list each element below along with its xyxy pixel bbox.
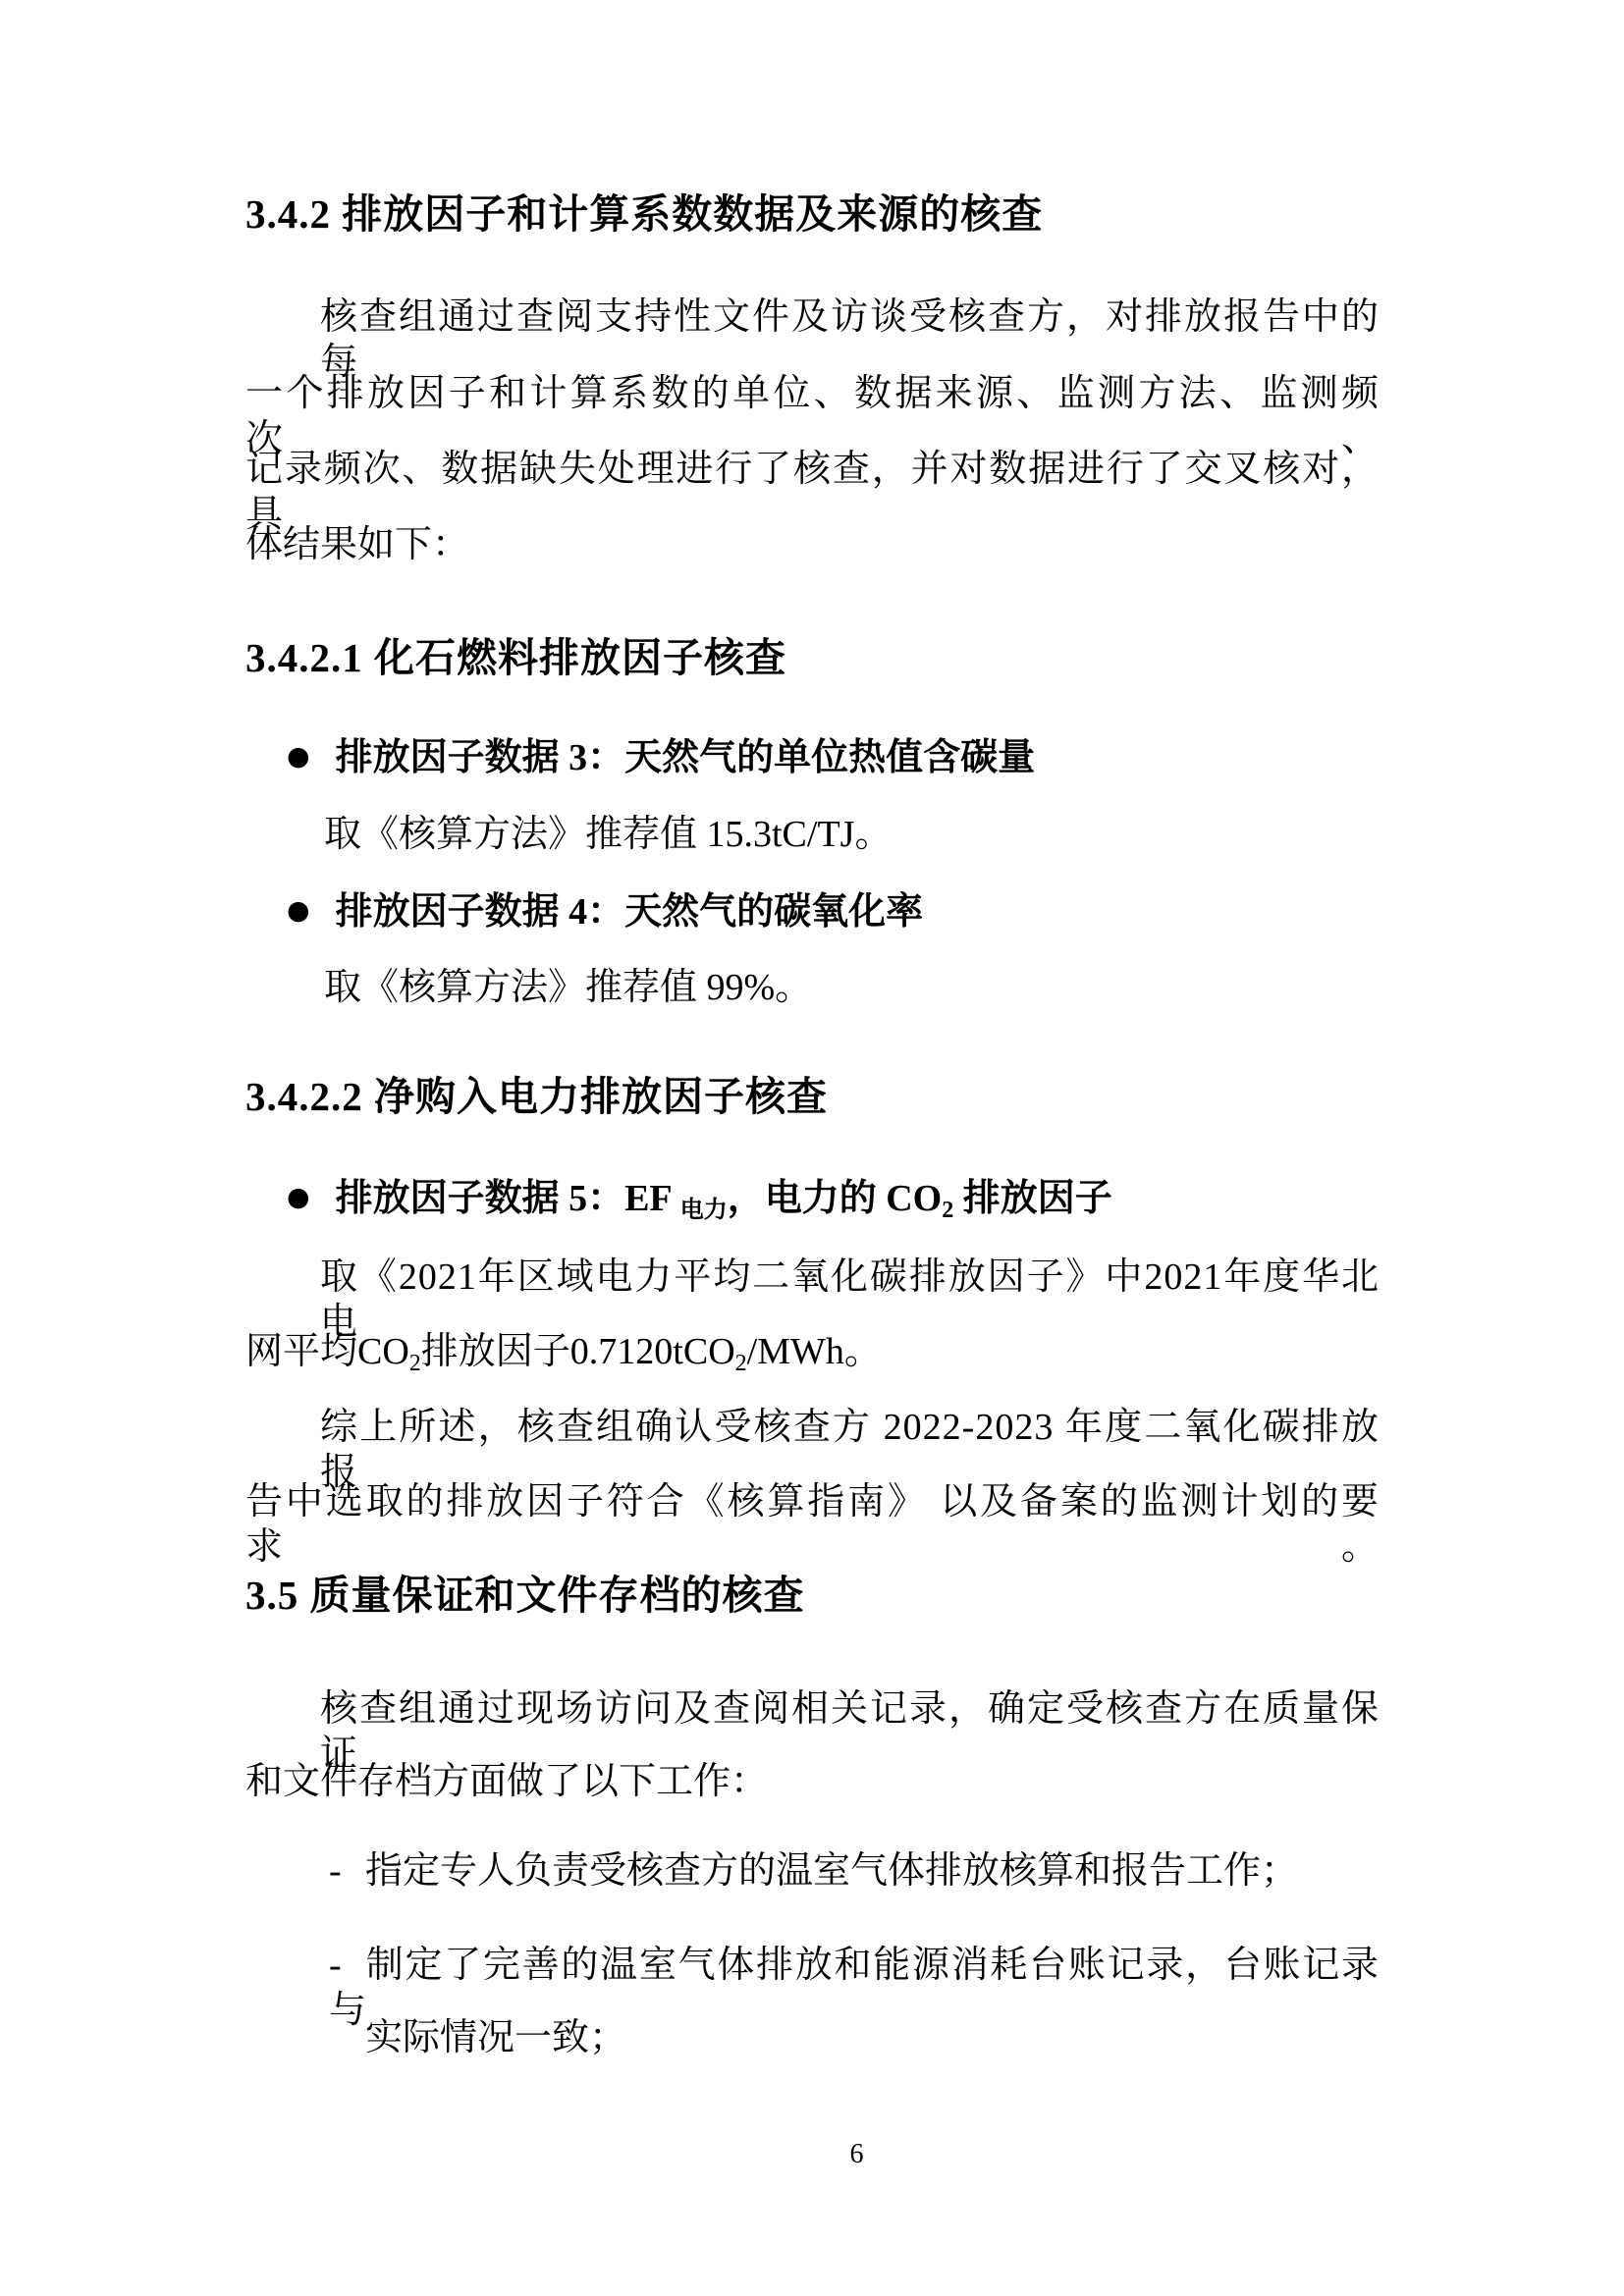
para-342-line-4: 体结果如下： xyxy=(245,522,1380,567)
bullet-icon: ● xyxy=(287,1175,310,1220)
value-line-factor-4: 取《核算方法》推荐值 99%。 xyxy=(245,965,1380,1010)
dash-icon: - xyxy=(329,1848,365,1894)
document-content: 3.4.2 排放因子和计算系数数据及来源的核查 核查组通过查阅支持性文件及访谈受… xyxy=(245,0,1380,2296)
bullet-item-factor-4-label: 排放因子数据 4：天然气的碳氧化率 xyxy=(336,891,924,933)
dash-item-2-line-2: 实际情况一致； xyxy=(245,2015,1380,2060)
section-heading-3-4-2: 3.4.2 排放因子和计算系数数据及来源的核查 xyxy=(245,189,1380,239)
dash-icon: - xyxy=(329,1943,365,1988)
section-heading-3-4-2-1: 3.4.2.1 化石燃料排放因子核查 xyxy=(245,633,1380,682)
bullet-item-factor-3-label: 排放因子数据 3：天然气的单位热值含碳量 xyxy=(336,737,1036,778)
bullet-icon: ● xyxy=(287,888,310,934)
page-number: 6 xyxy=(245,2138,1380,2171)
bullet-icon: ● xyxy=(287,734,310,779)
para-35-line-2: 和文件存档方面做了以下工作： xyxy=(245,1759,1380,1804)
bullet-item-factor-4: ●排放因子数据 4：天然气的碳氧化率 xyxy=(245,888,1380,934)
document-page: 3.4.2 排放因子和计算系数数据及来源的核查 核查组通过查阅支持性文件及访谈受… xyxy=(0,0,1624,2296)
bullet-item-factor-5: ●排放因子数据 5：EF 电力，电力的 CO2 排放因子 xyxy=(245,1175,1380,1233)
section-heading-3-5: 3.5 质量保证和文件存档的核查 xyxy=(245,1571,1380,1620)
bullet-item-factor-5-label: 排放因子数据 5：EF 电力，电力的 CO2 排放因子 xyxy=(336,1178,1112,1219)
dash-item-1-text: 指定专人负责受核查方的温室气体排放核算和报告工作； xyxy=(365,1850,1298,1892)
para-grid-line-2: 网平均CO2排放因子0.7120tCO2/MWh。 xyxy=(245,1329,1380,1386)
dash-item-1: -指定专人负责受核查方的温室气体排放核算和报告工作； xyxy=(245,1848,1380,1894)
bullet-item-factor-3: ●排放因子数据 3：天然气的单位热值含碳量 xyxy=(245,734,1380,780)
section-heading-3-4-2-2: 3.4.2.2 净购入电力排放因子核查 xyxy=(245,1072,1380,1121)
para-conclusion-line-2: 告中选取的排放因子符合《核算指南》 以及备案的监测计划的要求。 xyxy=(245,1479,1380,1570)
value-line-factor-3: 取《核算方法》推荐值 15.3tC/TJ。 xyxy=(245,812,1380,857)
